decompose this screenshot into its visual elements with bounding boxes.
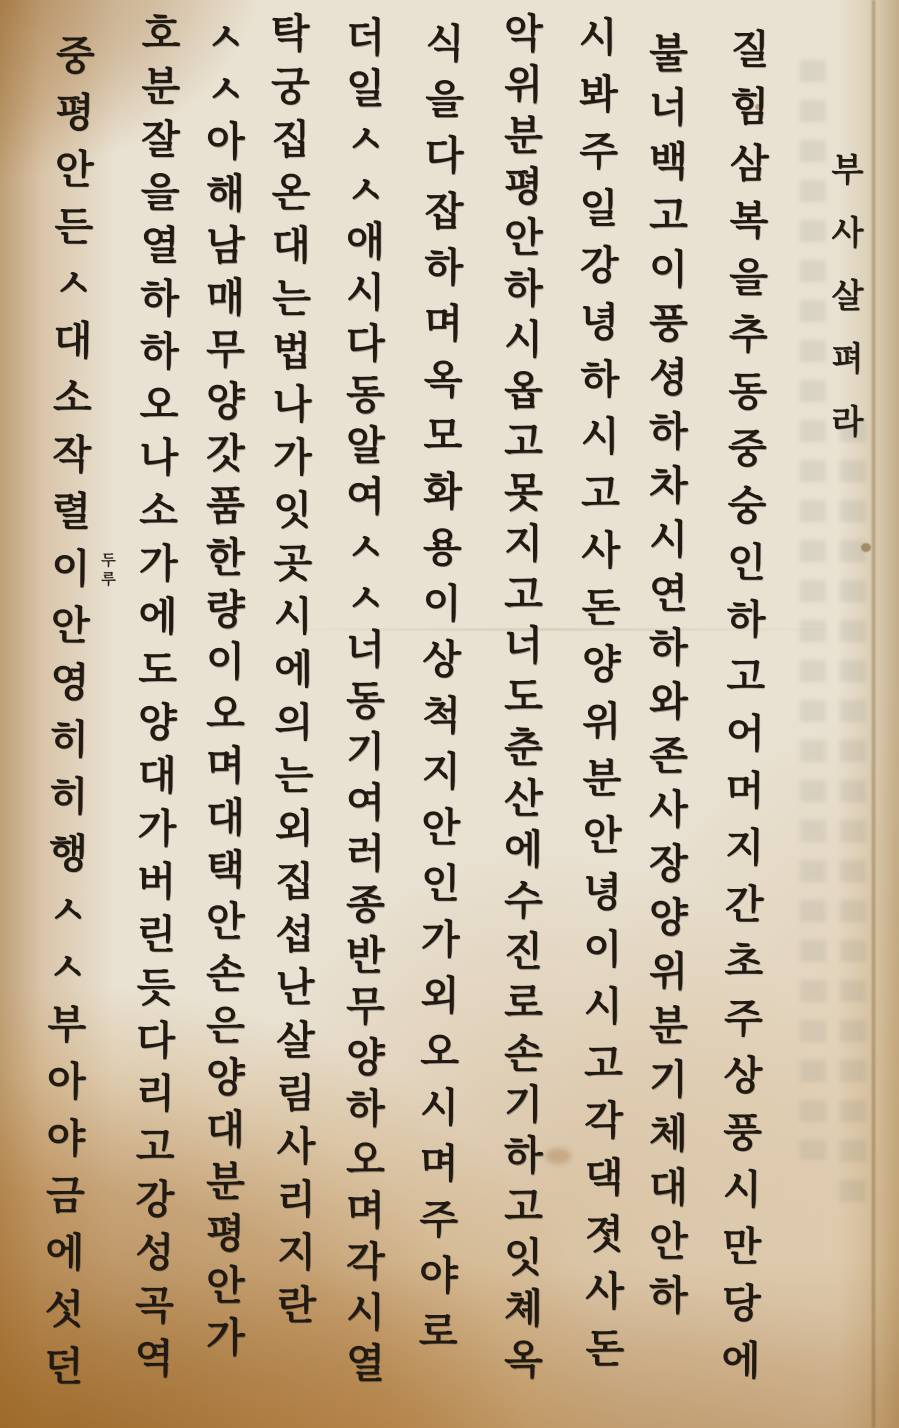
text-column-9: 호분잘을열하하오나소가에도양대가버린듯다리고강성곡역 — [122, 12, 186, 1390]
text-column-3: 시봐주일강녕하시고사돈양위분안녕이시고각댁졋사돈 — [566, 16, 630, 1384]
text-column-1: 질힘삼복을추동중숭인하고어머지간초주상풍시만당에 — [709, 28, 776, 1396]
page-fold-edge-line — [872, 0, 875, 1428]
paper-stain-speck — [861, 543, 871, 552]
text-column-4: 악위분평안하시옵고못지고너도춘산에수진로손기하고잇쳬옥 — [492, 12, 549, 1389]
interlinear-note: 두루 — [98, 552, 119, 590]
verso-showthrough — [840, 420, 866, 1220]
text-column-5: 식을다잡하며옥모화용이상척지안인가외오시며주야로 — [406, 22, 470, 1366]
manuscript-page-photo: 부사살펴라 질힘삼복을추동중숭인하고어머지간초주상풍시만당에 불너백고이풍셩하차… — [0, 0, 899, 1428]
title-column: 부사살펴라 — [822, 152, 869, 467]
text-column-8: ㅅㅅ아해남매무양갓품한량이오며대택안손은양대분평안가 — [194, 16, 251, 1368]
text-column-6: 더일ㅅㅅ애시다동알여ㅅㅅ너동기여러종반무양하오며각시열 — [334, 16, 391, 1393]
text-column-7: 탁궁집온대는법나가잇곳시에의는외집섭난살림사리지란 — [259, 12, 323, 1337]
text-column-2: 불너백고이풍셩하차시연하와존사장양위분기체대안하 — [637, 32, 694, 1328]
text-column-10: 중평안든ㅅ대소작렬이안영히히행ㅅㅅ부아야금에섯던 — [32, 34, 101, 1402]
